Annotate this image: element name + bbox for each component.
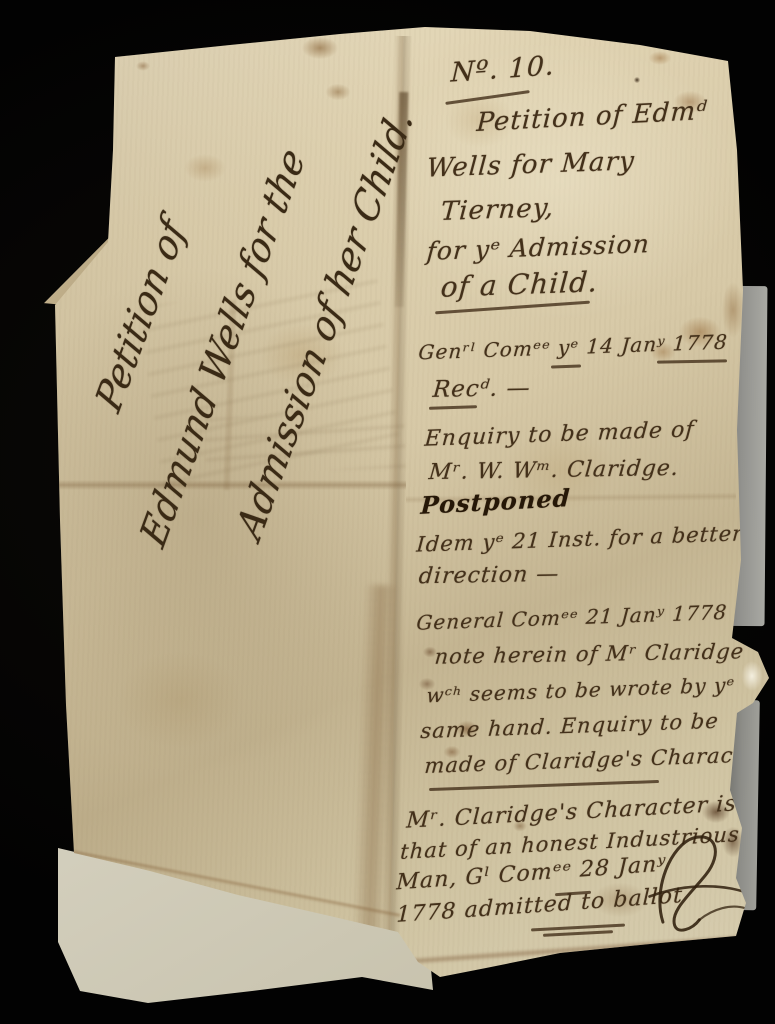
minute-line: Idem yᵉ 21 Inst. for a better [416,521,744,556]
minute-line: made of Claridge's Character [424,742,769,778]
docket-title-line: Wells for Mary [426,146,636,183]
minute-line: Enquiry to be made of [424,417,696,451]
ink-underline [657,359,727,363]
docket-title-line: for yᵉ Admission [426,229,651,266]
minute-line: General Comᵉᵉ 21 Janʸ 1778 a [416,599,749,635]
photo-background: Petition of Edmund Wells for the Admissi… [0,0,775,1024]
minute-line: Mʳ. W. Wᵐ. Claridge. [428,456,680,485]
minute-line: direction — [418,562,561,589]
minute-line: Recᵈ. — [432,375,532,403]
ink-underline [543,930,613,936]
ink-underline [445,90,530,104]
ink-underline [429,780,659,791]
docket-title-line: Petition of Edmᵈ [476,96,709,138]
minute-line: wᶜʰ seems to be wrote by yᵉ [426,673,736,708]
docket-title-line: of a Child. [440,265,600,303]
docket-number: Nº. 10. [450,50,555,88]
minute-line: note herein of Mʳ Claridge [434,639,746,668]
ink-underline [551,364,581,368]
minute-line-postponed: Postponed [420,483,571,520]
minute-line: same hand. Enquiry to be [420,709,720,743]
ink-underline [429,405,477,409]
docket-title-line: Tierney, [440,193,556,227]
